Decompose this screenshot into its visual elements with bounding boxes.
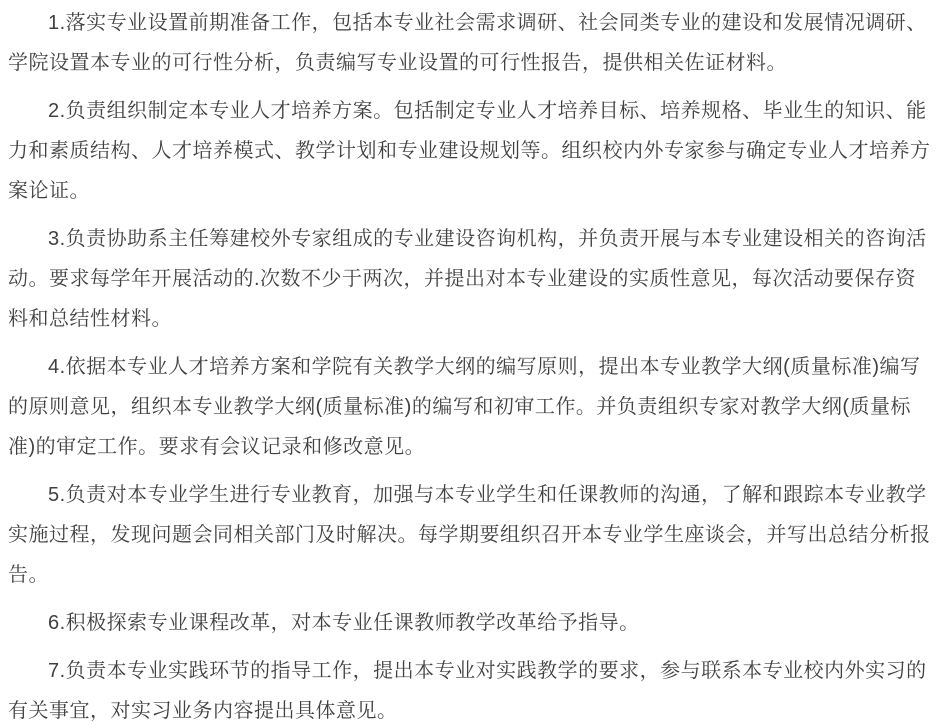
paragraph-5: 5.负责对本专业学生进行专业教育，加强与本专业学生和任课教师的沟通，了解和跟踪本…: [8, 475, 932, 595]
paragraph-4: 4.依据本专业人才培养方案和学院有关教学大纲的编写原则，提出本专业教学大纲(质量…: [8, 347, 932, 467]
document-page: 1.落实专业设置前期准备工作，包括本专业社会需求调研、社会同类专业的建设和发展情…: [0, 0, 938, 727]
paragraph-7: 7.负责本专业实践环节的指导工作，提出本专业对实践教学的要求，参与联系本专业校内…: [8, 651, 932, 727]
paragraph-3: 3.负责协助系主任筹建校外专家组成的专业建设咨询机构，并负责开展与本专业建设相关…: [8, 219, 932, 339]
paragraph-6: 6.积极探索专业课程改革，对本专业任课教师教学改革给予指导。: [8, 603, 932, 643]
document-body: 1.落实专业设置前期准备工作，包括本专业社会需求调研、社会同类专业的建设和发展情…: [0, 0, 938, 727]
paragraph-2: 2.负责组织制定本专业人才培养方案。包括制定专业人才培养目标、培养规格、毕业生的…: [8, 91, 932, 211]
paragraph-1: 1.落实专业设置前期准备工作，包括本专业社会需求调研、社会同类专业的建设和发展情…: [8, 3, 932, 83]
